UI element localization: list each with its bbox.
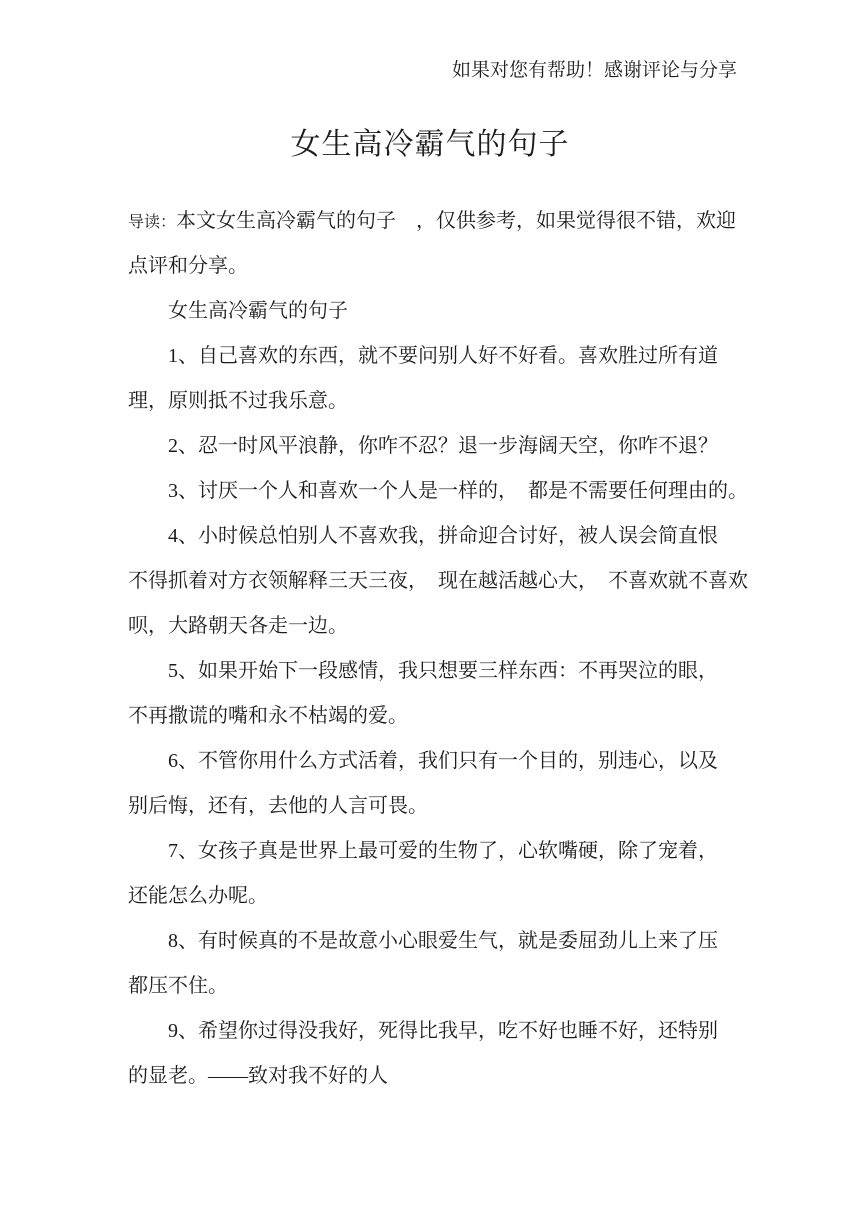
paragraph-line: 不得抓着对方衣领解释三天三夜， 现在越活越心大， 不喜欢就不喜欢 — [128, 559, 746, 604]
paragraph-line: 4、小时候总怕别人不喜欢我，拼命迎合讨好，被人误会简直恨 — [128, 514, 746, 559]
paragraph-line: 导读：本文女生高冷霸气的句子 ，仅供参考，如果觉得很不错，欢迎 — [128, 199, 746, 244]
paragraph-line: 8、有时候真的不是故意小心眼爱生气，就是委屈劲儿上来了压 — [128, 919, 746, 964]
intro-label: 导读： — [128, 214, 176, 231]
paragraph-line: 理，原则抵不过我乐意。 — [128, 379, 746, 424]
document-title: 女生高冷霸气的句子 — [0, 125, 860, 165]
paragraph-line: 呗，大路朝天各走一边。 — [128, 604, 746, 649]
paragraph-line: 别后悔，还有，去他的人言可畏。 — [128, 784, 746, 829]
document-body: 导读：本文女生高冷霸气的句子 ，仅供参考，如果觉得很不错，欢迎点评和分享。女生高… — [128, 199, 746, 1099]
paragraph-line: 7、女孩子真是世界上最可爱的生物了，心软嘴硬，除了宠着， — [128, 829, 746, 874]
paragraph-line: 都压不住。 — [128, 964, 746, 1009]
document-page: 如果对您有帮助！感谢评论与分享 女生高冷霸气的句子 导读：本文女生高冷霸气的句子… — [0, 0, 860, 1218]
paragraph-line: 不再撒谎的嘴和永不枯竭的爱。 — [128, 694, 746, 739]
paragraph-line: 5、如果开始下一段感情，我只想要三样东西：不再哭泣的眼， — [128, 649, 746, 694]
paragraph-line: 1、自己喜欢的东西，就不要问别人好不好看。喜欢胜过所有道 — [128, 334, 746, 379]
paragraph-line: 6、不管你用什么方式活着，我们只有一个目的，别违心，以及 — [128, 739, 746, 784]
paragraph-line: 还能怎么办呢。 — [128, 874, 746, 919]
section-heading-line: 女生高冷霸气的句子 — [128, 289, 746, 334]
paragraph-line: 3、讨厌一个人和喜欢一个人是一样的， 都是不需要任何理由的。 — [128, 469, 746, 514]
paragraph-line: 9、希望你过得没我好，死得比我早，吃不好也睡不好，还特别 — [128, 1009, 746, 1054]
paragraph-line: 点评和分享。 — [128, 244, 746, 289]
paragraph-line: 2、忍一时风平浪静，你咋不忍？退一步海阔天空，你咋不退？ — [128, 424, 746, 469]
paragraph-line: 的显老。——致对我不好的人 — [128, 1054, 746, 1099]
page-header-note: 如果对您有帮助！感谢评论与分享 — [0, 58, 737, 84]
